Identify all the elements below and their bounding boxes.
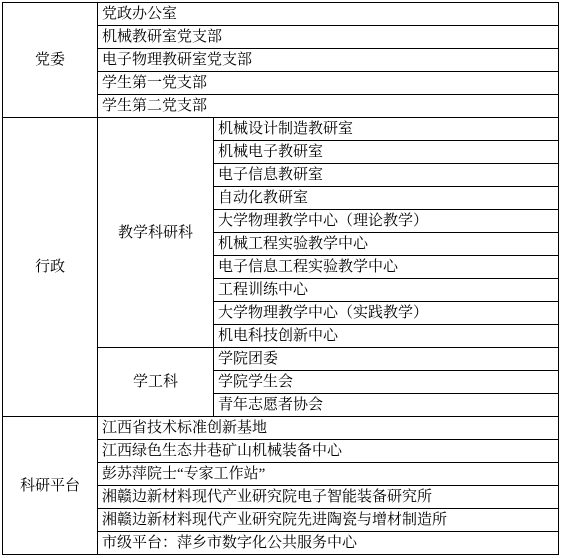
table-row: 行政 教学科研科 机械设计制造教研室 bbox=[3, 118, 559, 141]
org-unit-cell: 彭苏萍院士“专家工作站” bbox=[98, 463, 559, 486]
org-structure-table: 党委 党政办公室 机械教研室党支部 电子物理教研室党支部 学生第一党支部 学生第… bbox=[2, 2, 559, 555]
section-label-administration: 行政 bbox=[3, 118, 98, 417]
org-unit-cell: 机电科技创新中心 bbox=[214, 325, 559, 348]
org-unit-cell: 江西省技术标准创新基地 bbox=[98, 417, 559, 440]
org-unit-cell: 湘赣边新材料现代产业研究院电子智能装备研究所 bbox=[98, 486, 559, 509]
org-unit-cell: 工程训练中心 bbox=[214, 279, 559, 302]
group-label-student-affairs: 学工科 bbox=[98, 348, 214, 417]
org-unit-cell: 党政办公室 bbox=[98, 3, 559, 26]
table-row: 科研平台 江西省技术标准创新基地 bbox=[3, 417, 559, 440]
org-unit-cell: 学生第二党支部 bbox=[98, 95, 559, 118]
org-unit-cell: 电子信息工程实验教学中心 bbox=[214, 256, 559, 279]
org-unit-cell: 电子信息教研室 bbox=[214, 164, 559, 187]
org-unit-cell: 大学物理教学中心（实践教学） bbox=[214, 302, 559, 325]
org-unit-cell: 自动化教研室 bbox=[214, 187, 559, 210]
org-unit-cell: 机械设计制造教研室 bbox=[214, 118, 559, 141]
org-unit-cell: 青年志愿者协会 bbox=[214, 394, 559, 417]
org-unit-cell: 大学物理教学中心（理论教学） bbox=[214, 210, 559, 233]
section-label-party-committee: 党委 bbox=[3, 3, 98, 118]
org-unit-cell: 湘赣边新材料现代产业研究院先进陶瓷与增材制造所 bbox=[98, 509, 559, 532]
org-unit-cell: 电子物理教研室党支部 bbox=[98, 49, 559, 72]
org-unit-cell: 机械教研室党支部 bbox=[98, 26, 559, 49]
org-unit-cell: 学院学生会 bbox=[214, 371, 559, 394]
org-unit-cell: 市级平台：萍乡市数字化公共服务中心 bbox=[98, 532, 559, 555]
org-unit-cell: 江西绿色生态井巷矿山机械装备中心 bbox=[98, 440, 559, 463]
org-unit-cell: 机械电子教研室 bbox=[214, 141, 559, 164]
org-unit-cell: 机械工程实验教学中心 bbox=[214, 233, 559, 256]
table-row: 党委 党政办公室 bbox=[3, 3, 559, 26]
group-label-teaching-research: 教学科研科 bbox=[98, 118, 214, 348]
org-unit-cell: 学生第一党支部 bbox=[98, 72, 559, 95]
section-label-research-platforms: 科研平台 bbox=[3, 417, 98, 555]
org-unit-cell: 学院团委 bbox=[214, 348, 559, 371]
